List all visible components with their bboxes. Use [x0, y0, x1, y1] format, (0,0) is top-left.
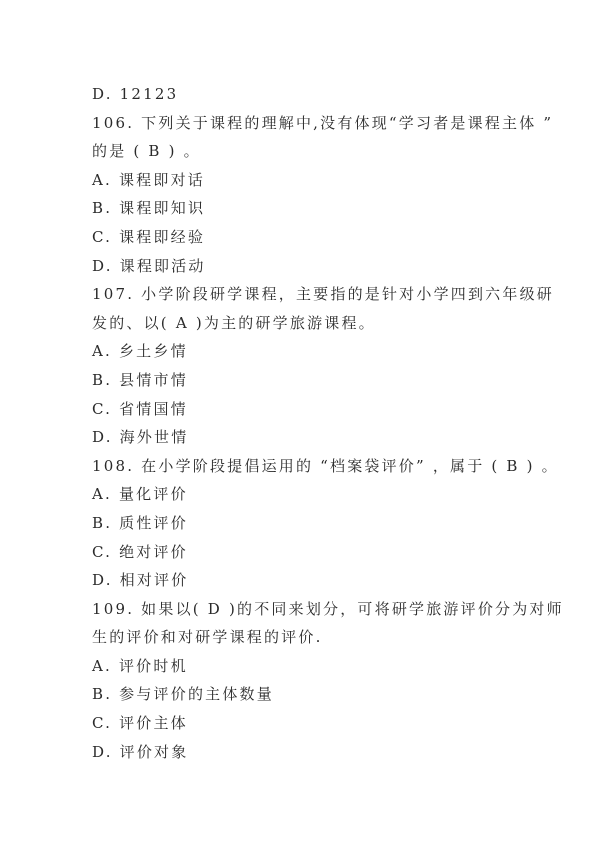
question-106: 106. 下列关于课程的理解中,没有体现“学习者是课程主体 ”: [92, 109, 522, 138]
question-106-continued: 的是 ( B ) 。: [92, 137, 522, 166]
question-109: 109. 如果以( D )的不同来划分，可将研学旅游评价分为对师: [92, 595, 522, 624]
option-109-c: C. 评价主体: [92, 709, 522, 738]
option-106-a: A. 课程即对话: [92, 166, 522, 195]
option-106-b: B. 课程即知识: [92, 194, 522, 223]
document-page: D. 12123 106. 下列关于课程的理解中,没有体现“学习者是课程主体 ”…: [92, 80, 522, 766]
option-107-b: B. 县情市情: [92, 366, 522, 395]
option-109-d: D. 评价对象: [92, 738, 522, 767]
question-107-continued: 发的、以( A )为主的研学旅游课程。: [92, 309, 522, 338]
question-109-continued: 生的评价和对研学课程的评价.: [92, 623, 522, 652]
option-106-d: D. 课程即活动: [92, 252, 522, 281]
option-107-c: C. 省情国情: [92, 395, 522, 424]
option-105-d: D. 12123: [92, 80, 522, 109]
option-108-a: A. 量化评价: [92, 480, 522, 509]
option-108-d: D. 相对评价: [92, 566, 522, 595]
option-108-b: B. 质性评价: [92, 509, 522, 538]
option-108-c: C. 绝对评价: [92, 538, 522, 567]
question-107: 107. 小学阶段研学课程，主要指的是针对小学四到六年级研: [92, 280, 522, 309]
option-109-b: B. 参与评价的主体数量: [92, 680, 522, 709]
option-107-a: A. 乡土乡情: [92, 337, 522, 366]
option-109-a: A. 评价时机: [92, 652, 522, 681]
question-108: 108. 在小学阶段提倡运用的 “档案袋评价” ，属于 ( B ) 。: [92, 452, 522, 481]
option-107-d: D. 海外世情: [92, 423, 522, 452]
option-106-c: C. 课程即经验: [92, 223, 522, 252]
